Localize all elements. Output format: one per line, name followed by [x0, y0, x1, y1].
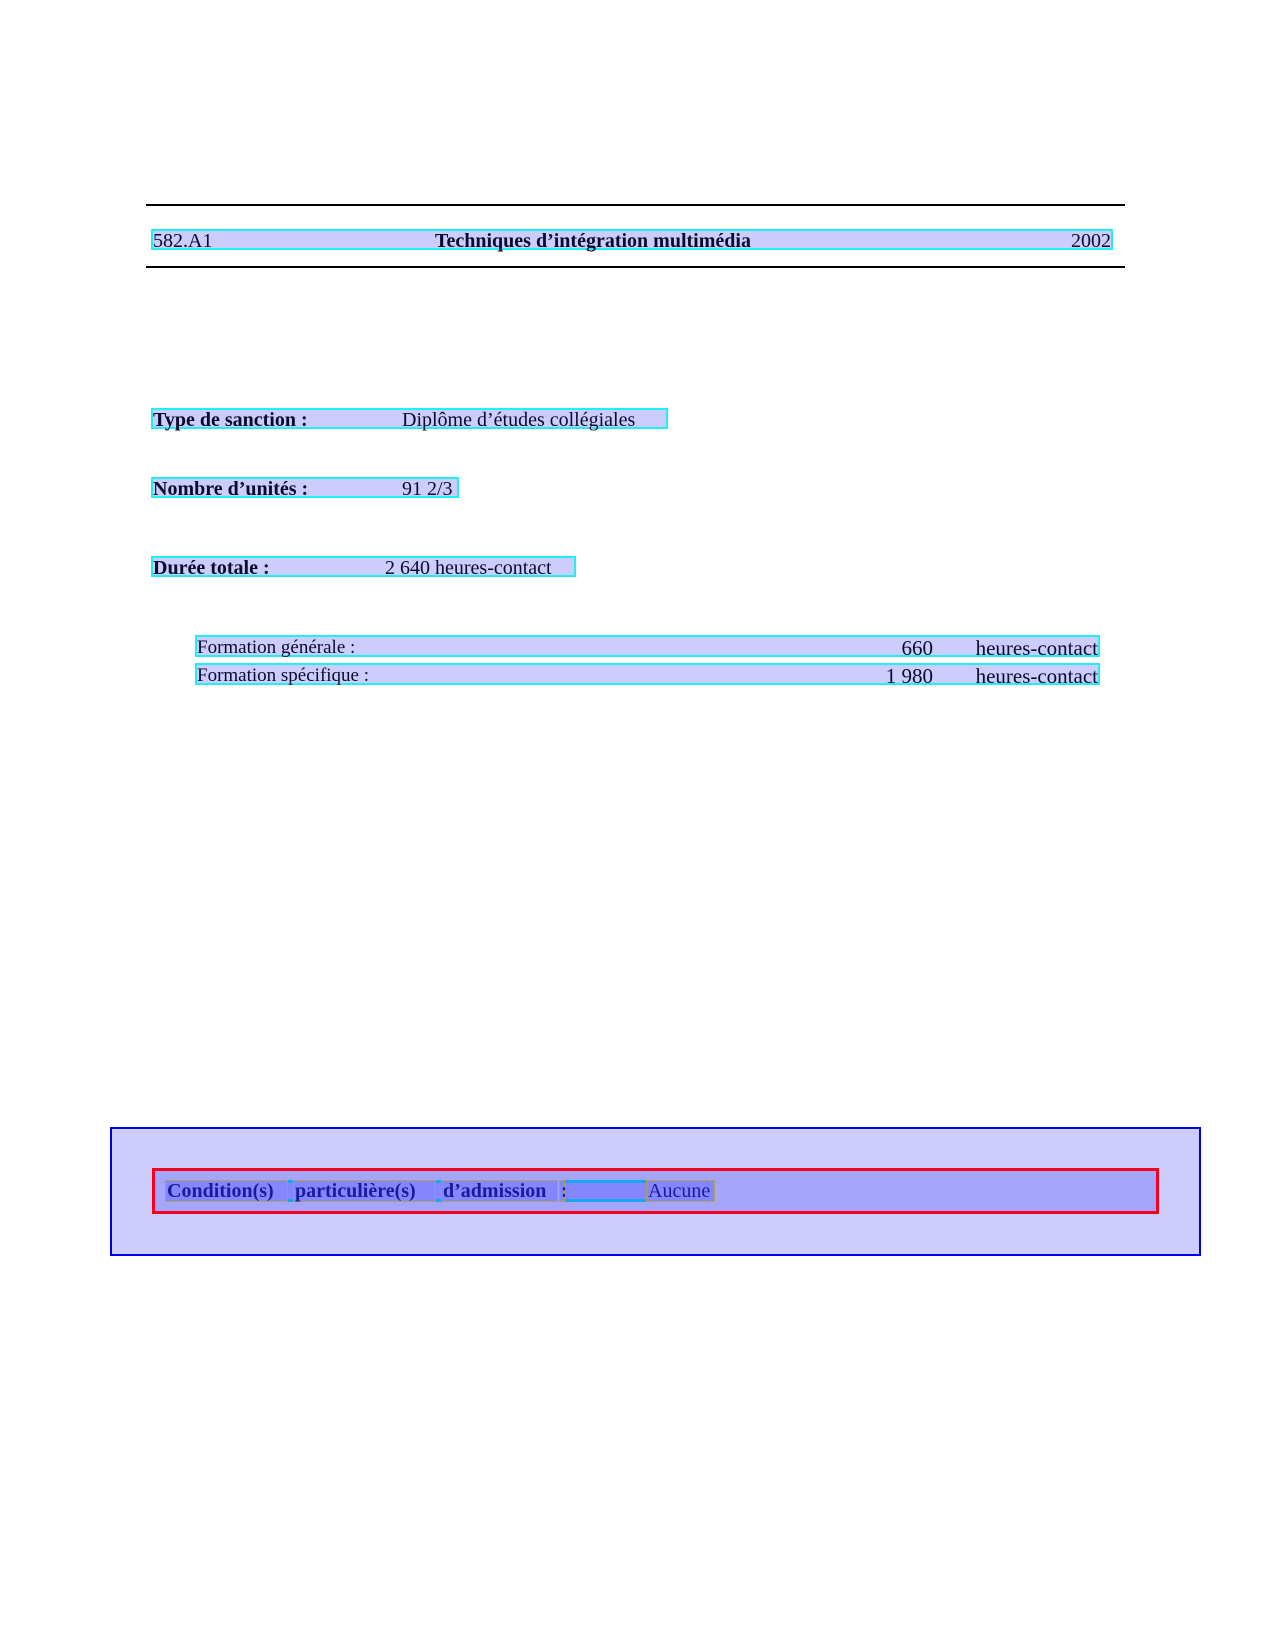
header-bottom-rule — [146, 266, 1125, 268]
breakdown-hours: 1 980 — [886, 666, 933, 687]
breakdown-unit: heures-contact — [976, 666, 1098, 687]
program-code: 582.A1 — [153, 231, 212, 251]
program-title: Techniques d’intégration multimédia — [435, 231, 751, 251]
breakdown-unit: heures-contact — [976, 638, 1098, 659]
breakdown-row-general: Formation générale : 660 heures-contact — [195, 635, 1100, 657]
header-top-rule — [146, 204, 1125, 206]
duration-field: Durée totale : 2 640 heures-contact — [151, 556, 576, 577]
admission-word: particulière(s) — [293, 1180, 436, 1202]
admission-label-part: d’admission — [443, 1181, 546, 1201]
admission-value-text: Aucune — [648, 1181, 710, 1201]
duration-label: Durée totale : — [153, 558, 270, 578]
breakdown-hours: 660 — [902, 638, 934, 659]
breakdown-label: Formation générale : — [197, 638, 355, 657]
units-label: Nombre d’unités : — [153, 479, 308, 499]
breakdown-label: Formation spécifique : — [197, 666, 369, 685]
units-field: Nombre d’unités : 91 2/3 — [151, 477, 459, 498]
sanction-label: Type de sanction : — [153, 410, 308, 430]
sanction-value: Diplôme d’études collégiales — [402, 410, 635, 430]
program-year: 2002 — [1071, 231, 1111, 251]
admission-label-part: Condition(s) — [167, 1181, 274, 1201]
duration-value: 2 640 heures-contact — [385, 558, 552, 578]
word-gap — [565, 1180, 646, 1202]
admission-word: Condition(s) — [165, 1180, 288, 1202]
breakdown-row-specific: Formation spécifique : 1 980 heures-cont… — [195, 663, 1100, 685]
units-value: 91 2/3 — [402, 479, 453, 499]
sanction-field: Type de sanction : Diplôme d’études coll… — [151, 408, 668, 429]
program-header: 582.A1 Techniques d’intégration multiméd… — [151, 229, 1113, 250]
admission-value: Aucune — [646, 1180, 715, 1202]
admission-word: d’admission — [441, 1180, 558, 1202]
admission-label-part: particulière(s) — [295, 1181, 416, 1201]
